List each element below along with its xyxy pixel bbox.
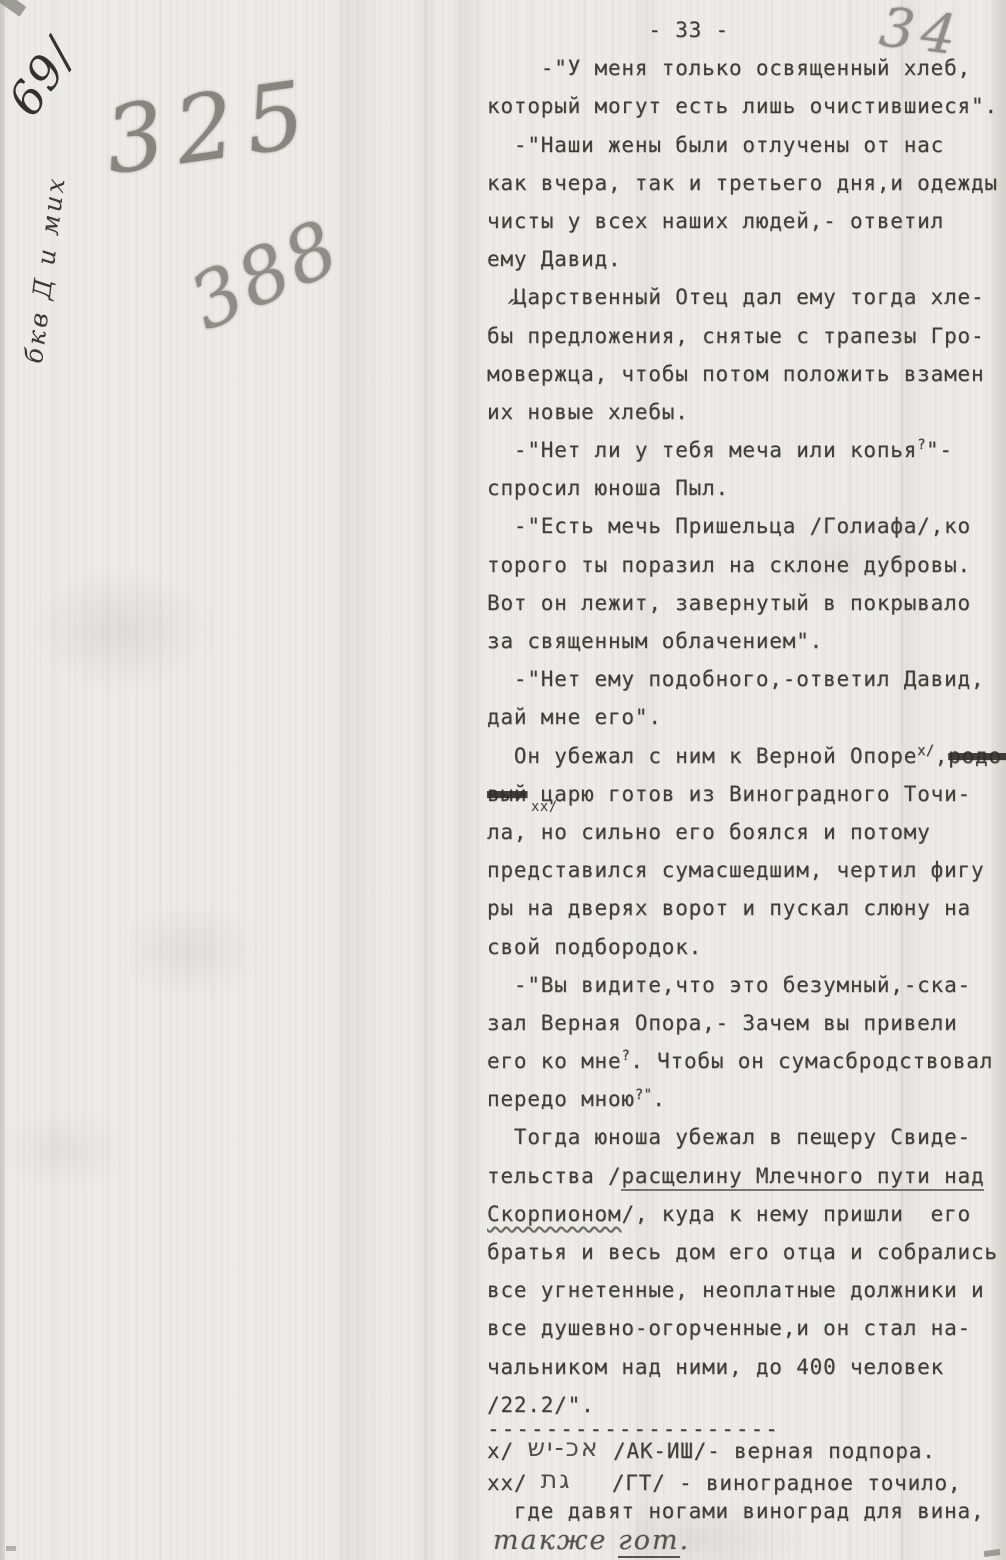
text-line: мовержца, чтобы потом положить взамен bbox=[487, 362, 1006, 400]
text-line: дай мне его". bbox=[487, 705, 1006, 743]
struck-out-text: вый bbox=[487, 782, 527, 806]
text-line: х/ אכ-יש /АК-ИШ/- верная подпора. bbox=[487, 1435, 1006, 1467]
typed-text: тельства / bbox=[487, 1164, 621, 1188]
text-line: братья и весь дом его отца и собрались bbox=[487, 1240, 1006, 1278]
torn-corner-mark bbox=[0, 0, 26, 17]
text-line: -"Нет ему подобного,-ответил Давид, bbox=[487, 667, 1006, 705]
struck-out-text: родо- bbox=[948, 744, 1006, 768]
page-number-line: - 33 - bbox=[487, 18, 1006, 56]
text-line: за священным облачением". bbox=[487, 629, 1006, 667]
typed-text: чисты у всех наших людей,- ответил bbox=[487, 209, 944, 233]
typed-text: дай мне его". bbox=[487, 705, 662, 729]
scanned-document-page: 34 69/ бкв Д и мих 325 388 ″ хх/ - 33 - … bbox=[0, 0, 1006, 1560]
text-line: тельства /расщелину Млечного пути над bbox=[487, 1164, 1006, 1202]
typed-text: -"Наши жены были отлучены от нас bbox=[487, 133, 944, 157]
text-line: их новые хлебы. bbox=[487, 400, 1006, 438]
text-line: все угнетенные, неоплатные должники и bbox=[487, 1278, 1006, 1316]
typed-text: "- bbox=[926, 438, 953, 462]
text-line: также гот. bbox=[487, 1525, 1006, 1559]
text-line: зал Верная Опора,- Зачем вы привели bbox=[487, 1011, 1006, 1049]
text-line: Он убежал с ним к Верной Опорех/,родо- bbox=[487, 744, 1006, 782]
typed-text: -"Есть мечь Пришельца /Голиафа/,ко bbox=[487, 514, 971, 538]
text-line: который могут есть лишь очистившиеся". bbox=[487, 94, 1006, 132]
typed-text: -"У меня только освященный хлеб, bbox=[487, 56, 971, 80]
text-line: -"Есть мечь Пришельца /Голиафа/,ко bbox=[487, 514, 1006, 552]
typed-text: их новые хлебы. bbox=[487, 400, 689, 424]
typed-text: зал Верная Опора,- Зачем вы привели bbox=[487, 1011, 958, 1035]
typed-text: /АК-ИШ/- верная подпора. bbox=[600, 1439, 936, 1463]
text-line: его ко мне?. Чтобы он сумасбродствовал bbox=[487, 1049, 1006, 1087]
typed-text: - 33 - bbox=[487, 18, 729, 42]
typed-text: /, куда к нему пришли его bbox=[621, 1202, 971, 1226]
typed-text: чальником над ними, до 400 человек bbox=[487, 1355, 944, 1379]
typed-text: -"Нет ли у тебя меча или копья bbox=[487, 438, 917, 462]
edge-speck bbox=[6, 1546, 16, 1551]
handwritten-pencil-number-large: 325 bbox=[99, 60, 323, 195]
typed-text: братья и весь дом его отца и собрались bbox=[487, 1240, 998, 1264]
typed-text: /22.2/". bbox=[487, 1393, 595, 1417]
handwritten-note-text: также bbox=[493, 1525, 618, 1556]
typed-text: -"Нет ему подобного,-ответил Давид, bbox=[487, 667, 984, 691]
text-line: ему Давид. bbox=[487, 247, 1006, 285]
text-line: -"Вы видите,что это безумный,-ска- bbox=[487, 973, 1006, 1011]
text-line: -"Наши жены были отлучены от нас bbox=[487, 133, 1006, 171]
typed-text: ла, но сильно его боялся и потому bbox=[487, 820, 931, 844]
handwritten-side-note: бкв Д и мих bbox=[10, 104, 79, 435]
typed-text: передо мною bbox=[487, 1087, 635, 1111]
text-line: все душевно-огорченные,и он стал на- bbox=[487, 1316, 1006, 1354]
typed-text: -"Вы видите,что это безумный,-ска- bbox=[487, 973, 971, 997]
pencil-underlined-text: расщелину Млечного пути над bbox=[621, 1164, 984, 1191]
typed-text: . bbox=[652, 1087, 665, 1111]
text-line: /22.2/". bbox=[487, 1393, 1006, 1417]
superscript-ref: ?" bbox=[635, 1087, 653, 1103]
typed-text: хх/ bbox=[487, 1471, 541, 1495]
typed-text: все душевно-огорченные,и он стал на- bbox=[487, 1316, 971, 1340]
text-line: -"У меня только освященный хлеб, bbox=[487, 56, 1006, 94]
pencil-underlined-text: Скорпионом bbox=[487, 1202, 621, 1226]
text-line: бы предложения, снятые с трапезы Гро- bbox=[487, 324, 1006, 362]
typed-text: Царственный Отец дал ему тогда хле- bbox=[487, 285, 984, 309]
typed-text: где давят ногами виноград для вина, bbox=[487, 1499, 984, 1523]
text-line: ры на дверях ворот и пускал слюну на bbox=[487, 896, 1006, 934]
text-line: хх/ גת /ГТ/ - виноградное точило, bbox=[487, 1467, 1006, 1499]
typewritten-text-column: - 33 - -"У меня только освященный хлеб,к… bbox=[487, 18, 1006, 1559]
typed-text: Вот он лежит, завернутый в покрывало bbox=[487, 591, 971, 615]
typed-text: , bbox=[935, 744, 948, 768]
text-line: торого ты поразил на склоне дубровы. bbox=[487, 553, 1006, 591]
text-line: где давят ногами виноград для вина, bbox=[487, 1499, 1006, 1525]
text-line: вый царю готов из Виноградного Точи- bbox=[487, 782, 1006, 820]
typed-text: ры на дверях ворот и пускал слюну на bbox=[487, 896, 971, 920]
typed-text: за священным облачением". bbox=[487, 629, 823, 653]
superscript-ref: ? bbox=[621, 1048, 630, 1064]
text-line: свой подбородок. bbox=[487, 935, 1006, 973]
text-line: Тогда юноша убежал в пещеру Свиде- bbox=[487, 1125, 1006, 1163]
text-line: чисты у всех наших людей,- ответил bbox=[487, 209, 1006, 247]
superscript-ref: х/ bbox=[917, 743, 935, 759]
typed-text: свой подбородок. bbox=[487, 935, 702, 959]
typed-text: как вчера, так и третьего дня,и одежды bbox=[487, 171, 998, 195]
text-line: -"Нет ли у тебя меча или копья?"- bbox=[487, 438, 1006, 476]
hebrew-handwriting: אכ-יש bbox=[527, 1433, 599, 1462]
text-line: чальником над ними, до 400 человек bbox=[487, 1355, 1006, 1393]
typed-text: Тогда юноша убежал в пещеру Свиде- bbox=[487, 1125, 971, 1149]
text-line: как вчера, так и третьего дня,и одежды bbox=[487, 171, 1006, 209]
text-line: спросил юноша Пыл. bbox=[487, 476, 1006, 514]
text-line: Царственный Отец дал ему тогда хле- bbox=[487, 285, 1006, 323]
text-line: ла, но сильно его боялся и потому bbox=[487, 820, 1006, 858]
text-line: Вот он лежит, завернутый в покрывало bbox=[487, 591, 1006, 629]
typed-text: царю готов из Виноградного Точи- bbox=[527, 782, 971, 806]
typed-text: все угнетенные, неоплатные должники и bbox=[487, 1278, 984, 1302]
typed-text: бы предложения, снятые с трапезы Гро- bbox=[487, 324, 984, 348]
typed-text: его ко мне bbox=[487, 1049, 621, 1073]
hebrew-handwriting: גת bbox=[541, 1465, 572, 1494]
typed-text: . Чтобы он сумасбродствовал bbox=[630, 1049, 993, 1073]
typed-text: х/ bbox=[487, 1439, 527, 1463]
typed-text: торого ты поразил на склоне дубровы. bbox=[487, 553, 971, 577]
handwritten-note-text: . bbox=[680, 1525, 691, 1556]
handwritten-pencil-number-small: 388 bbox=[176, 202, 353, 348]
text-line: передо мною?". bbox=[487, 1087, 1006, 1125]
typed-text: мовержца, чтобы потом положить взамен bbox=[487, 362, 984, 386]
typed-text: представился сумасшедшим, чертил фигу bbox=[487, 858, 984, 882]
handwritten-note-text: гот bbox=[618, 1525, 680, 1558]
typed-text: спросил юноша Пыл. bbox=[487, 476, 729, 500]
typed-text: который могут есть лишь очистившиеся". bbox=[487, 94, 998, 118]
text-line: Скорпионом/, куда к нему пришли его bbox=[487, 1202, 1006, 1240]
typed-text: /ГТ/ - виноградное точило, bbox=[572, 1471, 962, 1495]
typed-text: ему Давид. bbox=[487, 247, 621, 271]
text-line: представился сумасшедшим, чертил фигу bbox=[487, 858, 1006, 896]
typed-text: Он убежал с ним к Верной Опоре bbox=[487, 744, 917, 768]
superscript-ref: ? bbox=[917, 437, 926, 453]
